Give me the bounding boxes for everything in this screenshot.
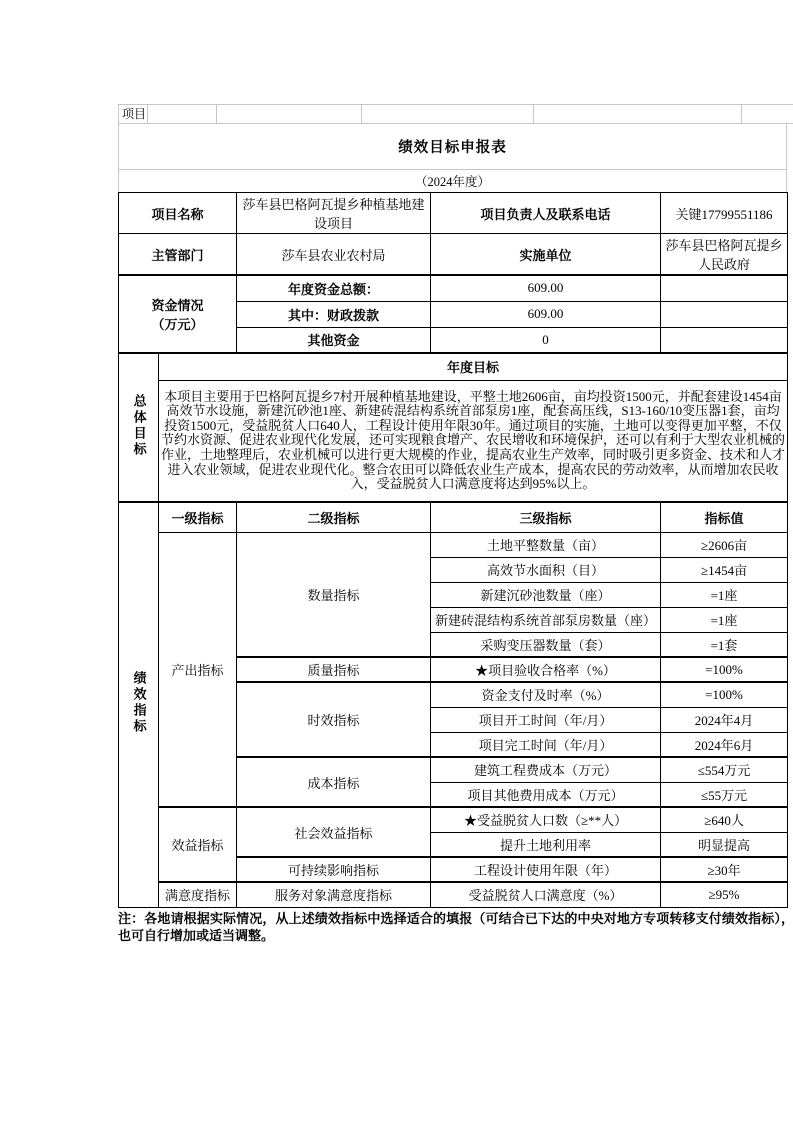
contact-label: 项目负责人及联系电话: [431, 193, 661, 234]
indicator-value: ≥640人: [661, 807, 788, 832]
contact-value: 关键17799551186: [661, 193, 788, 234]
indicator-value: 明显提高: [661, 832, 788, 857]
indicator-name: 新建沉砂池数量（座）: [431, 582, 661, 607]
footer-note: 注：各地请根据实际情况，从上述绩效指标中选择适合的填报（可结合已下达的中央对地方…: [118, 911, 793, 944]
funding-other-label: 其他资金: [237, 327, 431, 353]
funding-empty-cell: [661, 275, 788, 301]
grid-cell-empty: [533, 104, 741, 124]
performance-target-table: 项目名称 莎车县巴格阿瓦提乡种植基地建设项目 项目负责人及联系电话 关键1779…: [118, 192, 788, 908]
level2-quantity: 数量指标: [237, 532, 431, 657]
overall-goal-section-label: 总体目标: [119, 353, 159, 502]
funding-fiscal-value: 609.00: [431, 301, 661, 327]
funding-total-value: 609.00: [431, 275, 661, 301]
department-label: 主管部门: [119, 234, 237, 276]
project-name-value: 莎车县巴格阿瓦提乡种植基地建设项目: [237, 193, 431, 234]
level1-output: 产出指标: [159, 532, 237, 807]
indicator-value: ≥95%: [661, 882, 788, 907]
grid-cell-empty: [361, 104, 533, 124]
header-level3: 三级指标: [431, 502, 661, 532]
grid-cell-empty: [147, 104, 216, 124]
grid-cell-empty: [216, 104, 361, 124]
indicator-name: 提升土地利用率: [431, 832, 661, 857]
level2-timeliness: 时效指标: [237, 682, 431, 757]
indicator-name: 资金支付及时率（%）: [431, 682, 661, 707]
indicator-name: 建筑工程费成本（万元）: [431, 757, 661, 782]
indicator-value: ≥30年: [661, 857, 788, 882]
indicator-row: 产出指标 数量指标 土地平整数量（亩） ≥2606亩: [119, 532, 788, 557]
spreadsheet-header-row: 项目: [118, 104, 793, 124]
document-page: 项目 绩效目标申报表 （2024年度） 项目名称 莎车县巴格阿瓦提乡种植基地建设…: [0, 0, 793, 1122]
level1-satisfaction: 满意度指标: [159, 882, 237, 907]
funding-fiscal-label: 其中：财政拨款: [237, 301, 431, 327]
department-value: 莎车县农业农村局: [237, 234, 431, 276]
title-block: 绩效目标申报表 （2024年度）: [118, 124, 787, 192]
annual-goal-header: 年度目标: [159, 353, 788, 380]
indicator-name: 新建砖混结构系统首部泵房数量（座）: [431, 607, 661, 632]
indicators-section-label: 绩效指标: [119, 502, 159, 907]
grid-cell-project-label: 项目: [118, 104, 147, 124]
indicator-value: ≤55万元: [661, 782, 788, 807]
indicator-name: ★受益脱贫人口数（≥**人）: [431, 807, 661, 832]
funding-empty-cell: [661, 301, 788, 327]
indicator-name: 工程设计使用年限（年）: [431, 857, 661, 882]
indicator-name: ★项目验收合格率（%）: [431, 657, 661, 682]
indicator-value: ≤554万元: [661, 757, 788, 782]
indicator-value: ≥2606亩: [661, 532, 788, 557]
implementer-value: 莎车县巴格阿瓦提乡人民政府: [661, 234, 788, 276]
header-level1: 一级指标: [159, 502, 237, 532]
implementer-label: 实施单位: [431, 234, 661, 276]
annual-goal-text: 本项目主要用于巴格阿瓦提乡7村开展种植基地建设，平整土地2606亩，亩均投资15…: [159, 380, 788, 502]
header-value: 指标值: [661, 502, 788, 532]
page-subtitle: （2024年度）: [119, 170, 786, 192]
indicator-value: =100%: [661, 682, 788, 707]
indicator-row: 满意度指标 服务对象满意度指标 受益脱贫人口满意度（%） ≥95%: [119, 882, 788, 907]
indicator-value: =1座: [661, 582, 788, 607]
indicator-value: ≥1454亩: [661, 557, 788, 582]
page-title: 绩效目标申报表: [119, 124, 786, 170]
indicator-value: 2024年6月: [661, 732, 788, 757]
indicator-value: 2024年4月: [661, 707, 788, 732]
level1-benefit: 效益指标: [159, 807, 237, 882]
grid-cell-empty: [741, 104, 793, 124]
indicator-name: 项目开工时间（年/月）: [431, 707, 661, 732]
funding-section-label: 资金情况 （万元）: [119, 275, 237, 353]
indicator-name: 高效节水面积（目）: [431, 557, 661, 582]
indicator-name: 项目其他费用成本（万元）: [431, 782, 661, 807]
project-name-label: 项目名称: [119, 193, 237, 234]
indicator-row: 效益指标 社会效益指标 ★受益脱贫人口数（≥**人） ≥640人: [119, 807, 788, 832]
indicator-value: =1座: [661, 607, 788, 632]
funding-total-label: 年度资金总额：: [237, 275, 431, 301]
indicator-value: =100%: [661, 657, 788, 682]
header-level2: 二级指标: [237, 502, 431, 532]
level2-sustainability: 可持续影响指标: [237, 857, 431, 882]
indicator-name: 项目完工时间（年/月）: [431, 732, 661, 757]
indicator-name: 采购变压器数量（套）: [431, 632, 661, 657]
funding-other-value: 0: [431, 327, 661, 353]
indicator-name: 土地平整数量（亩）: [431, 532, 661, 557]
indicator-value: =1套: [661, 632, 788, 657]
indicator-name: 受益脱贫人口满意度（%）: [431, 882, 661, 907]
level2-social-benefit: 社会效益指标: [237, 807, 431, 857]
funding-empty-cell: [661, 327, 788, 353]
level2-quality: 质量指标: [237, 657, 431, 682]
level2-cost: 成本指标: [237, 757, 431, 807]
level2-service-satisfaction: 服务对象满意度指标: [237, 882, 431, 907]
